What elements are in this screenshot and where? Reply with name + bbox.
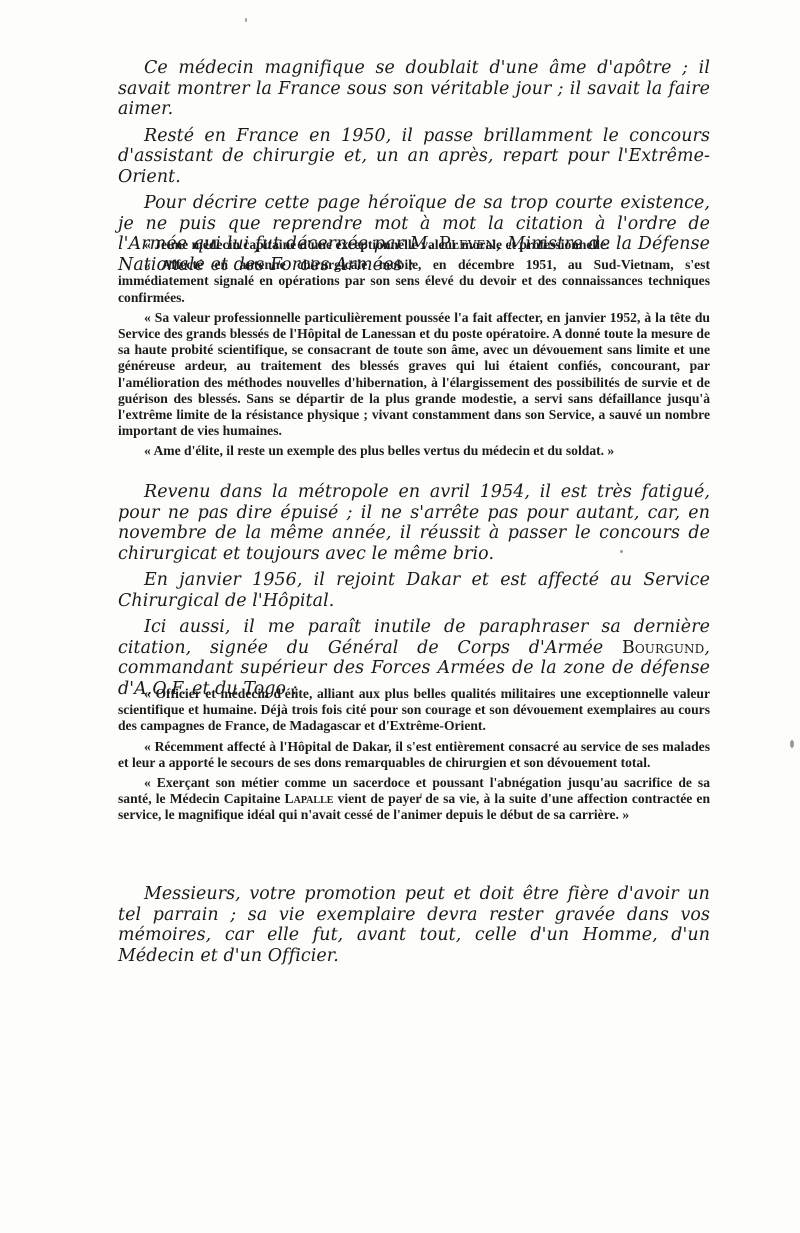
paragraph-text: Revenu dans la métropole en avril 1954, … bbox=[118, 482, 710, 564]
middle-section: Revenu dans la métropole en avril 1954, … bbox=[118, 482, 710, 699]
paragraph-text: En janvier 1956, il rejoint Dakar et est… bbox=[118, 570, 710, 611]
person-name: Lapalle bbox=[285, 791, 334, 806]
citation-paragraph: « Affecté en antenne chirurgicale mobile… bbox=[118, 257, 710, 306]
citation-paragraph: « Officier et médecin d'élite, alliant a… bbox=[118, 686, 710, 735]
citation-paragraph: « Ame d'élite, il reste un exemple des p… bbox=[118, 443, 710, 459]
person-name: Bourgund bbox=[622, 638, 704, 658]
citation-paragraph: « Exerçant son métier comme un sacerdoce… bbox=[118, 775, 710, 824]
closing-paragraph: Messieurs, votre promotion peut et doit … bbox=[118, 884, 710, 966]
closing-section: Messieurs, votre promotion peut et doit … bbox=[118, 884, 710, 966]
middle-paragraph: Revenu dans la métropole en avril 1954, … bbox=[118, 482, 710, 564]
intro-paragraph: Resté en France en 1950, il passe brilla… bbox=[118, 126, 710, 188]
citation-block-2: « Officier et médecin d'élite, alliant a… bbox=[118, 686, 710, 824]
scan-speck bbox=[245, 18, 247, 22]
paragraph-text: Ce médecin magnifique se doublait d'une … bbox=[118, 58, 710, 119]
citation-block-1: « Jeune médecin capitaine d'une exceptio… bbox=[118, 237, 710, 460]
scanned-page: Ce médecin magnifique se doublait d'une … bbox=[0, 0, 800, 1233]
middle-paragraph: En janvier 1956, il rejoint Dakar et est… bbox=[118, 570, 710, 611]
paragraph-text: Resté en France en 1950, il passe brilla… bbox=[118, 126, 710, 187]
intro-paragraph: Ce médecin magnifique se doublait d'une … bbox=[118, 58, 710, 120]
scan-speck bbox=[790, 740, 794, 748]
citation-paragraph: « Récemment affecté à l'Hôpital de Dakar… bbox=[118, 739, 710, 771]
citation-paragraph: « Sa valeur professionnelle particulière… bbox=[118, 310, 710, 440]
citation-paragraph: « Jeune médecin capitaine d'une exceptio… bbox=[118, 237, 710, 253]
